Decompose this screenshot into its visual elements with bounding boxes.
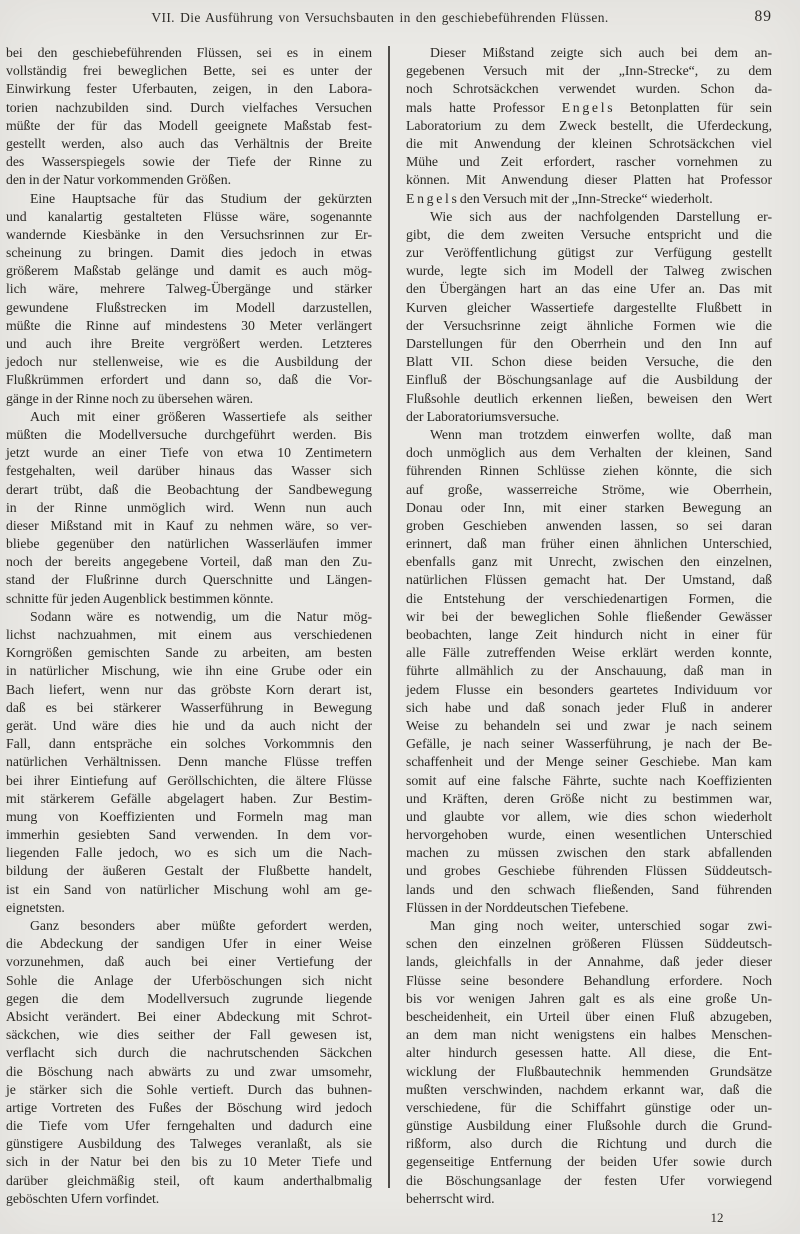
text-line: ebenfalls ganz mit Unrecht, zwischen den… bbox=[406, 553, 772, 571]
text-line: ist ein Sand von natürlicher Mischung wo… bbox=[6, 881, 372, 899]
text-line: Laboratorium zu dem Zweck bestellt, die … bbox=[406, 117, 772, 135]
text-line: festgehalten, weil darüber hinaus das Wa… bbox=[6, 462, 372, 480]
text-line: erinnert, daß man früher einen ähnlichen… bbox=[406, 535, 772, 553]
text-line: Einfluß der Böschungsanlage auf die Ausb… bbox=[406, 371, 772, 389]
text-line: verflacht sich durch die nachrutschenden… bbox=[6, 1044, 372, 1062]
text-line: noch Schrotsäckchen verwendet wurden. Sc… bbox=[406, 80, 772, 98]
text-line: wicklung der Flußbautechnik hemmenden Gr… bbox=[406, 1063, 772, 1081]
text-line: beobachten, lange Zeit hindurch nicht in… bbox=[406, 626, 772, 644]
text-line: können. Mit Anwendung dieser Platten hat… bbox=[406, 171, 772, 189]
text-line: dieser Mißstand mit in Kauf zu nehmen wä… bbox=[6, 517, 372, 535]
text-line: an dem man nicht wenigstens ein halbes M… bbox=[406, 1026, 772, 1044]
text-line: gegenseitige Entfernung der beiden Ufer … bbox=[406, 1153, 772, 1171]
text-line: sich in der Natur bei den bis zu 10 Mete… bbox=[6, 1153, 372, 1171]
text-line: beherrscht wird. bbox=[406, 1190, 772, 1208]
text-line: Einwirkung fester Uferbauten, zeigen, in… bbox=[6, 80, 372, 98]
text-line: und glaubte vor allem, wie dies schon wi… bbox=[406, 808, 772, 826]
text-line: auf große, wasserreiche Ströme, wie Ober… bbox=[406, 481, 772, 499]
text-line: alle Fälle zutreffenden Weise erklärt we… bbox=[406, 644, 772, 662]
text-line: natürlichen Verhältnissen. Denn manche F… bbox=[6, 753, 372, 771]
text-line: Sodann wäre es notwendig, um die Natur m… bbox=[6, 608, 372, 626]
text-line: Flüsse seine besondere Behandlung erford… bbox=[406, 972, 772, 990]
text-line: Kurven gleicher Wassertiefe dargestellte… bbox=[406, 299, 772, 317]
text-line: Blatt VII. Schon diese beiden Versuche, … bbox=[406, 353, 772, 371]
text-line: lands und den schwach fließenden, Sand f… bbox=[406, 881, 772, 899]
text-line: Dieser Mißstand zeigte sich auch bei dem… bbox=[406, 44, 772, 62]
text-line: und kanalartig gestalteten Flüsse wäre, … bbox=[6, 208, 372, 226]
text-column-left: bei den geschiebeführenden Flüssen, sei … bbox=[6, 44, 372, 1208]
text-line: bliebe gegenüber den natürlichen Wasserl… bbox=[6, 535, 372, 553]
text-line: je stärker sich die Sohle vertieft. Durc… bbox=[6, 1081, 372, 1099]
text-line: die Böschung nach abwärts zu und zwar um… bbox=[6, 1063, 372, 1081]
text-line: des Wasserspiegels sowie der Tiefe der R… bbox=[6, 153, 372, 171]
text-line: bescheidenheit, ein Urteil über einen Fl… bbox=[406, 1008, 772, 1026]
text-line: lichst nachzuahmen, mit einem aus versch… bbox=[6, 626, 372, 644]
text-line: bei den geschiebeführenden Flüssen, sei … bbox=[6, 44, 372, 62]
text-line: zur Veröffentlichung gütigst zur Verfügu… bbox=[406, 244, 772, 262]
text-line: mung von Koeffizienten und Formeln mag m… bbox=[6, 808, 372, 826]
text-line: die Abdeckung der sandigen Ufer in einer… bbox=[6, 935, 372, 953]
text-line: die mit Anwendung der kleinen Schrotsäck… bbox=[406, 135, 772, 153]
text-line: in natürlicher Mischung, wie ihn eine Gr… bbox=[6, 662, 372, 680]
text-line: stand der Flußrinne durch Querschnitte u… bbox=[6, 571, 372, 589]
text-line: schnitte für jeden Augenblick bestimmen … bbox=[6, 590, 372, 608]
text-line: jedoch nur stellenweise, wie es die Ausb… bbox=[6, 353, 372, 371]
text-line: vollständig frei beweglichen Bette, sei … bbox=[6, 62, 372, 80]
text-line: Donau oder Inn, mit einer starken Bewegu… bbox=[406, 499, 772, 517]
text-line: die Böschungsanlage der festen Ufer vorw… bbox=[406, 1172, 772, 1190]
text-line: bis vor wenigen Jahren galt es als eine … bbox=[406, 990, 772, 1008]
text-line: doch unmöglich aus dem Verhalten der kle… bbox=[406, 444, 772, 462]
text-line: führte allmählich zu der Anschauung, daß… bbox=[406, 662, 772, 680]
signature-mark: 12 bbox=[704, 1210, 730, 1226]
text-line: Man ging noch weiter, unterschied sogar … bbox=[406, 917, 772, 935]
text-line: Darstellungen für den Oberrhein und den … bbox=[406, 335, 772, 353]
text-line: günstigere Ausbildung des Talweges veran… bbox=[6, 1135, 372, 1153]
text-line: immerhin gesiebten Sand verwenden. In de… bbox=[6, 826, 372, 844]
text-line: verschiedene, für die Schiffahrt günstig… bbox=[406, 1099, 772, 1117]
text-line: günstige Ausbildung einer Flußsohle durc… bbox=[406, 1117, 772, 1135]
text-line: müßten die Modellversuche durchgeführt w… bbox=[6, 426, 372, 444]
text-line: geböschten Ufern vorfindet. bbox=[6, 1190, 372, 1208]
running-header-title: VII. Die Ausführung von Versuchsbauten i… bbox=[0, 10, 760, 26]
text-line: torien nachzubilden sind. Durch vielfach… bbox=[6, 99, 372, 117]
text-line: bei ihrer Eintiefung auf Geröllschichten… bbox=[6, 772, 372, 790]
text-line: Wie sich aus der nachfolgenden Darstellu… bbox=[406, 208, 772, 226]
page-number: 89 bbox=[755, 8, 773, 26]
text-line: derart trübt, daß die Beobachtung der Sa… bbox=[6, 481, 372, 499]
text-line: mals hatte Professor E n g e l s Betonpl… bbox=[406, 99, 772, 117]
text-line: Sohle die Anlage der Uferböschungen sich… bbox=[6, 972, 372, 990]
text-line: und auch ihre Breite vergrößert werden. … bbox=[6, 335, 372, 353]
text-line: gestellt werden, also auch das Verhältni… bbox=[6, 135, 372, 153]
text-line: rißform, also durch die Richtung und dur… bbox=[406, 1135, 772, 1153]
text-line: hervorgehoben wurde, einen wesentlichen … bbox=[406, 826, 772, 844]
text-line: gerät. Und wäre dies hie und da auch nic… bbox=[6, 717, 372, 735]
text-line: wurde, legte sich im Modell der Talweg z… bbox=[406, 262, 772, 280]
text-line: Korngrößen gemischten Sande zu arbeiten,… bbox=[6, 644, 372, 662]
text-line: groben Geschieben anwenden lassen, so se… bbox=[406, 517, 772, 535]
text-line: Bach liefert, wenn nur das gröbste Korn … bbox=[6, 681, 372, 699]
text-line: die Tiefe vom Ufer ferngehalten und dadu… bbox=[6, 1117, 372, 1135]
text-line: gibt, die dem zweiten Versuche entsprich… bbox=[406, 226, 772, 244]
text-line: wandernde Kiesbänke in den Versuchsrinne… bbox=[6, 226, 372, 244]
text-line: Weise zu behandeln sei und zwar je nach … bbox=[406, 717, 772, 735]
text-line: liegenden Falle jedoch, wo es sich um di… bbox=[6, 844, 372, 862]
text-line: bildung der äußeren Gestalt der Flußbett… bbox=[6, 862, 372, 880]
text-line: wir bei der beweglichen Sohle fließender… bbox=[406, 608, 772, 626]
text-line: lands, gleichfalls in der Annahme, daß j… bbox=[406, 953, 772, 971]
text-line: die Entstehung der verschiedenartigen Fo… bbox=[406, 590, 772, 608]
text-line: müßte der für das Modell geeignete Maßst… bbox=[6, 117, 372, 135]
text-line: Eine Hauptsache für das Studium der gekü… bbox=[6, 190, 372, 208]
book-page: VII. Die Ausführung von Versuchsbauten i… bbox=[0, 0, 800, 1234]
column-divider-rule bbox=[388, 46, 390, 1188]
text-line: Mühe und Zeit erfordert, rascher vornehm… bbox=[406, 153, 772, 171]
text-line: vorzunehmen, daß auch bei einer Vertiefu… bbox=[6, 953, 372, 971]
text-line: daß es bei stärkerer Wasserführung in Be… bbox=[6, 699, 372, 717]
text-line: Auch mit einer größeren Wassertiefe als … bbox=[6, 408, 372, 426]
text-line: E n g e l s den Versuch mit der „Inn-Str… bbox=[406, 190, 772, 208]
text-line: Flüssen in der Norddeutschen Tiefebene. bbox=[406, 899, 772, 917]
text-line: mit stärkerem Gefälle abgelagert haben. … bbox=[6, 790, 372, 808]
text-line: sich habe und daß sonach jeder Fluß in a… bbox=[406, 699, 772, 717]
text-line: jedem Flusse ein besonders geartetes Ind… bbox=[406, 681, 772, 699]
text-line: säckchen, wie dies seither der Fall gewe… bbox=[6, 1026, 372, 1044]
text-line: lich wäre, mehrere Talweg-Übergänge und … bbox=[6, 280, 372, 298]
text-line: müßte die Rinne auf mindestens 30 Meter … bbox=[6, 317, 372, 335]
text-line: jetzt wurde an einer Tiefe von etwa 10 Z… bbox=[6, 444, 372, 462]
text-line: gewundene Flußstrecken im Modell darzust… bbox=[6, 299, 372, 317]
text-line: gegen die dem Modellversuch zugrunde lie… bbox=[6, 990, 372, 1008]
text-line: eignetsten. bbox=[6, 899, 372, 917]
text-line: noch der bereits angegebene Vorteil, daß… bbox=[6, 553, 372, 571]
text-line: machen zu müssen zwischen den stark abfa… bbox=[406, 844, 772, 862]
text-line: der Versuchsrinne zeigt ähnliche Formen … bbox=[406, 317, 772, 335]
text-line: Fall, dann entspräche ein solches Vorkom… bbox=[6, 735, 372, 753]
text-line: Ganz besonders aber müßte gefordert werd… bbox=[6, 917, 372, 935]
text-line: natürlichen Flüssen gemacht hat. Der Ums… bbox=[406, 571, 772, 589]
text-line: und grobes Geschiebe führenden Flüssen S… bbox=[406, 862, 772, 880]
text-line: Absicht verändert. Bei einer Abdeckung m… bbox=[6, 1008, 372, 1026]
text-line: mußten verschwinden, nachdem erkannt war… bbox=[406, 1081, 772, 1099]
text-line: Wenn man trotzdem einwerfen wollte, daß … bbox=[406, 426, 772, 444]
text-line: führenden Rinnen Schlüsse ziehen könnte,… bbox=[406, 462, 772, 480]
text-line: der Laboratoriumsversuche. bbox=[406, 408, 772, 426]
text-line: scheinung zu bringen. Damit dies jedoch … bbox=[6, 244, 372, 262]
text-column-right: Dieser Mißstand zeigte sich auch bei dem… bbox=[406, 44, 772, 1208]
text-line: Flußsohle deutlich erkennen ließen, bewe… bbox=[406, 390, 772, 408]
text-line: gänge in der Rinne noch zu übersehen wär… bbox=[6, 390, 372, 408]
text-line: gegebenen Versuch mit der „Inn-Strecke“,… bbox=[406, 62, 772, 80]
text-line: größerem Maßstab gelänge und damit es au… bbox=[6, 262, 372, 280]
text-line: den in der Natur vorkommenden Größen. bbox=[6, 171, 372, 189]
text-line: schen den einzelnen größeren Flüssen Süd… bbox=[406, 935, 772, 953]
text-line: schaffenheit und der Menge seiner Geschi… bbox=[406, 753, 772, 771]
text-line: den Übergängen hart an das eine Ufer an.… bbox=[406, 280, 772, 298]
text-line: und Kräften, deren Größe nicht zu bestim… bbox=[406, 790, 772, 808]
text-line: artige Vortreten des Fußes der Böschung … bbox=[6, 1099, 372, 1117]
text-line: in der Rinne unmöglich wird. Wenn nun au… bbox=[6, 499, 372, 517]
text-line: darüber gleichmäßig steil, oft kaum ande… bbox=[6, 1172, 372, 1190]
text-line: Gefälle, je nach seiner Wasserführung, j… bbox=[406, 735, 772, 753]
text-line: alter hindurch gesessen hatte. All diese… bbox=[406, 1044, 772, 1062]
text-line: somit auf eine falsche Fährte, suchte na… bbox=[406, 772, 772, 790]
text-line: Flußkrümmen erfordert und dann so, daß d… bbox=[6, 371, 372, 389]
